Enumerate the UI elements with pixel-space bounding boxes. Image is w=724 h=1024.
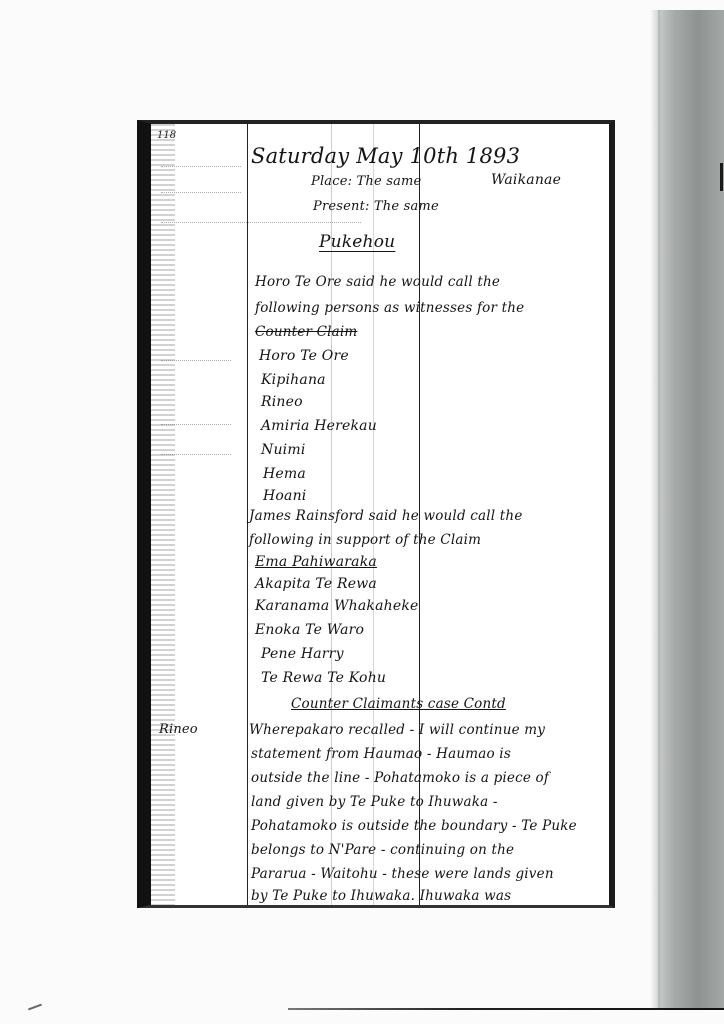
- counter-claim-witness: Rineo: [261, 394, 303, 410]
- claim-witness: Te Rewa Te Kohu: [261, 670, 386, 686]
- claim-intro-line: following in support of the Claim: [249, 532, 481, 548]
- bleed-through-trace: [161, 360, 231, 362]
- witness-intro-line: following persons as witnesses for the: [255, 300, 524, 316]
- counter-claim-witness: Horo Te Ore: [259, 348, 349, 364]
- witness-intro-line: Horo Te Ore said he would call the: [255, 274, 500, 290]
- book-binding-shadow: [658, 10, 724, 1010]
- scanned-manuscript-page: 118 Saturday May 10th 1893 Place: The sa…: [137, 120, 615, 908]
- claim-witness: Pene Harry: [261, 646, 344, 662]
- testimony-line: land given by Te Puke to Ihuwaka -: [251, 794, 498, 810]
- page-bottom-edge: [288, 1008, 724, 1010]
- testimony-line: belongs to N'Pare - continuing on the: [251, 842, 514, 858]
- witness-intro-line: Counter Claim: [255, 324, 357, 340]
- bleed-through-trace: [161, 454, 231, 456]
- testimony-line: outside the line - Pohatamoko is a piece…: [251, 770, 549, 786]
- counter-claim-witness: Hoani: [263, 488, 306, 504]
- claim-witness: Karanama Whakaheke: [255, 598, 419, 614]
- counter-claim-witness: Nuimi: [261, 442, 306, 458]
- counter-claimants-heading: Counter Claimants case Contd: [291, 696, 506, 712]
- testimony-line: Pararua - Waitohu - these were lands giv…: [251, 866, 554, 882]
- place-line: Place: The same: [311, 174, 421, 189]
- testimony-line: by Te Puke to Ihuwaka. Ihuwaka was: [251, 888, 511, 904]
- testimony-line: Wherepakaro recalled - I will continue m…: [249, 722, 545, 738]
- testimony-line: Pohatamoko is outside the boundary - Te …: [251, 818, 577, 834]
- counter-claim-witness: Amiria Herekau: [261, 418, 377, 434]
- claim-witness: Ema Pahiwaraka: [255, 554, 377, 570]
- counter-claim-witness: Kipihana: [261, 372, 326, 388]
- bleed-through-trace: [161, 166, 241, 168]
- claim-witness: Enoka Te Waro: [255, 622, 364, 638]
- page-number: 118: [157, 130, 176, 141]
- testimony-line: statement from Haumao - Haumao is: [251, 746, 511, 762]
- bleed-through-trace: [161, 222, 361, 224]
- margin-rule: [247, 124, 248, 905]
- binding-mark: [720, 163, 723, 191]
- bleed-through-trace: [161, 424, 231, 426]
- margin-speaker-name: Rineo: [159, 722, 198, 737]
- bleed-through-trace: [161, 192, 241, 194]
- claim-intro-line: James Rainsford said he would call the: [249, 508, 523, 524]
- present-line: Present: The same: [313, 199, 439, 214]
- claim-witness: Akapita Te Rewa: [255, 576, 377, 592]
- stray-pen-mark: [28, 1004, 42, 1011]
- date-heading: Saturday May 10th 1893: [251, 144, 520, 168]
- counter-claim-witness: Hema: [263, 466, 306, 482]
- place-name: Waikanae: [491, 172, 561, 188]
- section-title: Pukehou: [319, 232, 395, 252]
